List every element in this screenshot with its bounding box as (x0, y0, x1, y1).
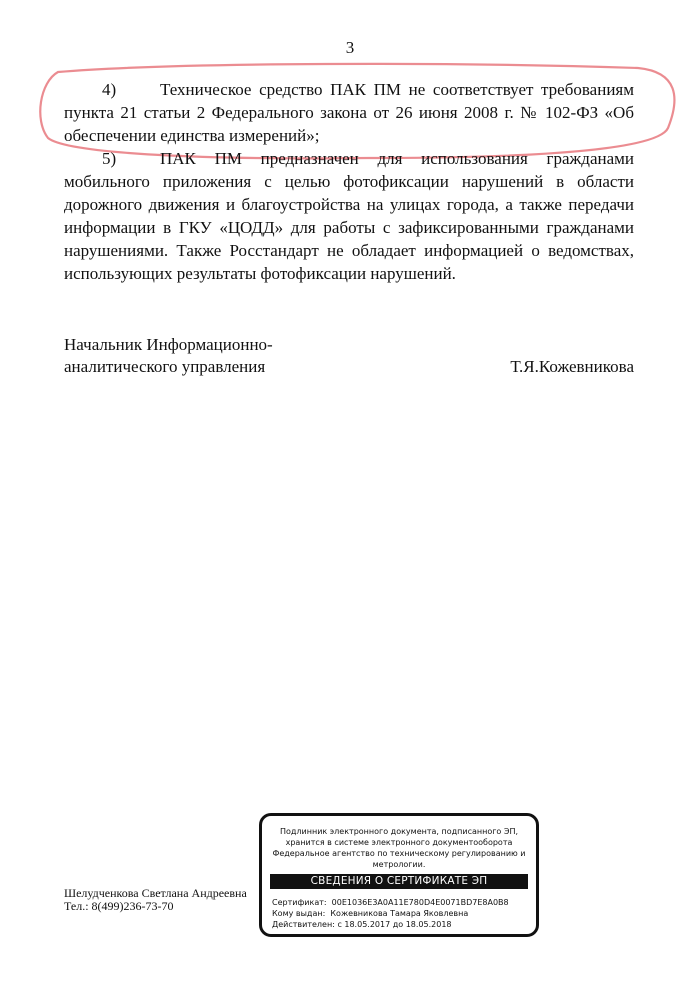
paragraph-5: 5)ПАК ПМ предназначен для использования … (64, 147, 634, 285)
stamp-details: Сертификат: 00E1036E3A0A11E780D4E0071BD7… (272, 897, 536, 930)
stamp-notice: Подлинник электронного документа, подпис… (262, 826, 536, 870)
paragraph-5-number: 5) (64, 147, 160, 170)
issued-to-row: Кому выдан: Кожевникова Тамара Яковлевна (272, 908, 536, 919)
paragraph-4-number: 4) (64, 78, 160, 101)
stamp-notice-line: Подлинник электронного документа, подпис… (272, 826, 526, 837)
stamp-notice-line: метрологии. (272, 859, 526, 870)
validity-value: с 18.05.2017 до 18.05.2018 (337, 920, 451, 929)
validity-label: Действителен: (272, 920, 335, 929)
paragraph-4: 4)Техническое средство ПАК ПМ не соответ… (64, 78, 634, 147)
signer-position: Начальник Информационно- аналитического … (64, 334, 273, 378)
signer-position-line1: Начальник Информационно- (64, 334, 273, 356)
validity-row: Действителен: с 18.05.2017 до 18.05.2018 (272, 919, 536, 930)
signer-position-line2: аналитического управления (64, 356, 273, 378)
stamp-notice-line: Федеральное агентство по техническому ре… (272, 848, 526, 859)
issued-to-label: Кому выдан: (272, 909, 325, 918)
electronic-signature-stamp: Подлинник электронного документа, подпис… (259, 813, 539, 937)
certificate-value: 00E1036E3A0A11E780D4E0071BD7E8A0B8 (332, 898, 509, 907)
page-number: 3 (0, 38, 700, 58)
signer-name: Т.Я.Кожевникова (510, 356, 634, 378)
issued-to-value: Кожевникова Тамара Яковлевна (330, 909, 468, 918)
stamp-header: СВЕДЕНИЯ О СЕРТИФИКАТЕ ЭП (270, 874, 528, 889)
certificate-row: Сертификат: 00E1036E3A0A11E780D4E0071BD7… (272, 897, 536, 908)
executor-phone: Тел.: 8(499)236-73-70 (64, 900, 247, 913)
paragraph-5-text: ПАК ПМ предназначен для использования гр… (64, 149, 634, 283)
executor-info: Шелудченкова Светлана Андреевна Тел.: 8(… (64, 887, 247, 913)
certificate-label: Сертификат: (272, 898, 327, 907)
stamp-notice-line: хранится в системе электронного документ… (272, 837, 526, 848)
